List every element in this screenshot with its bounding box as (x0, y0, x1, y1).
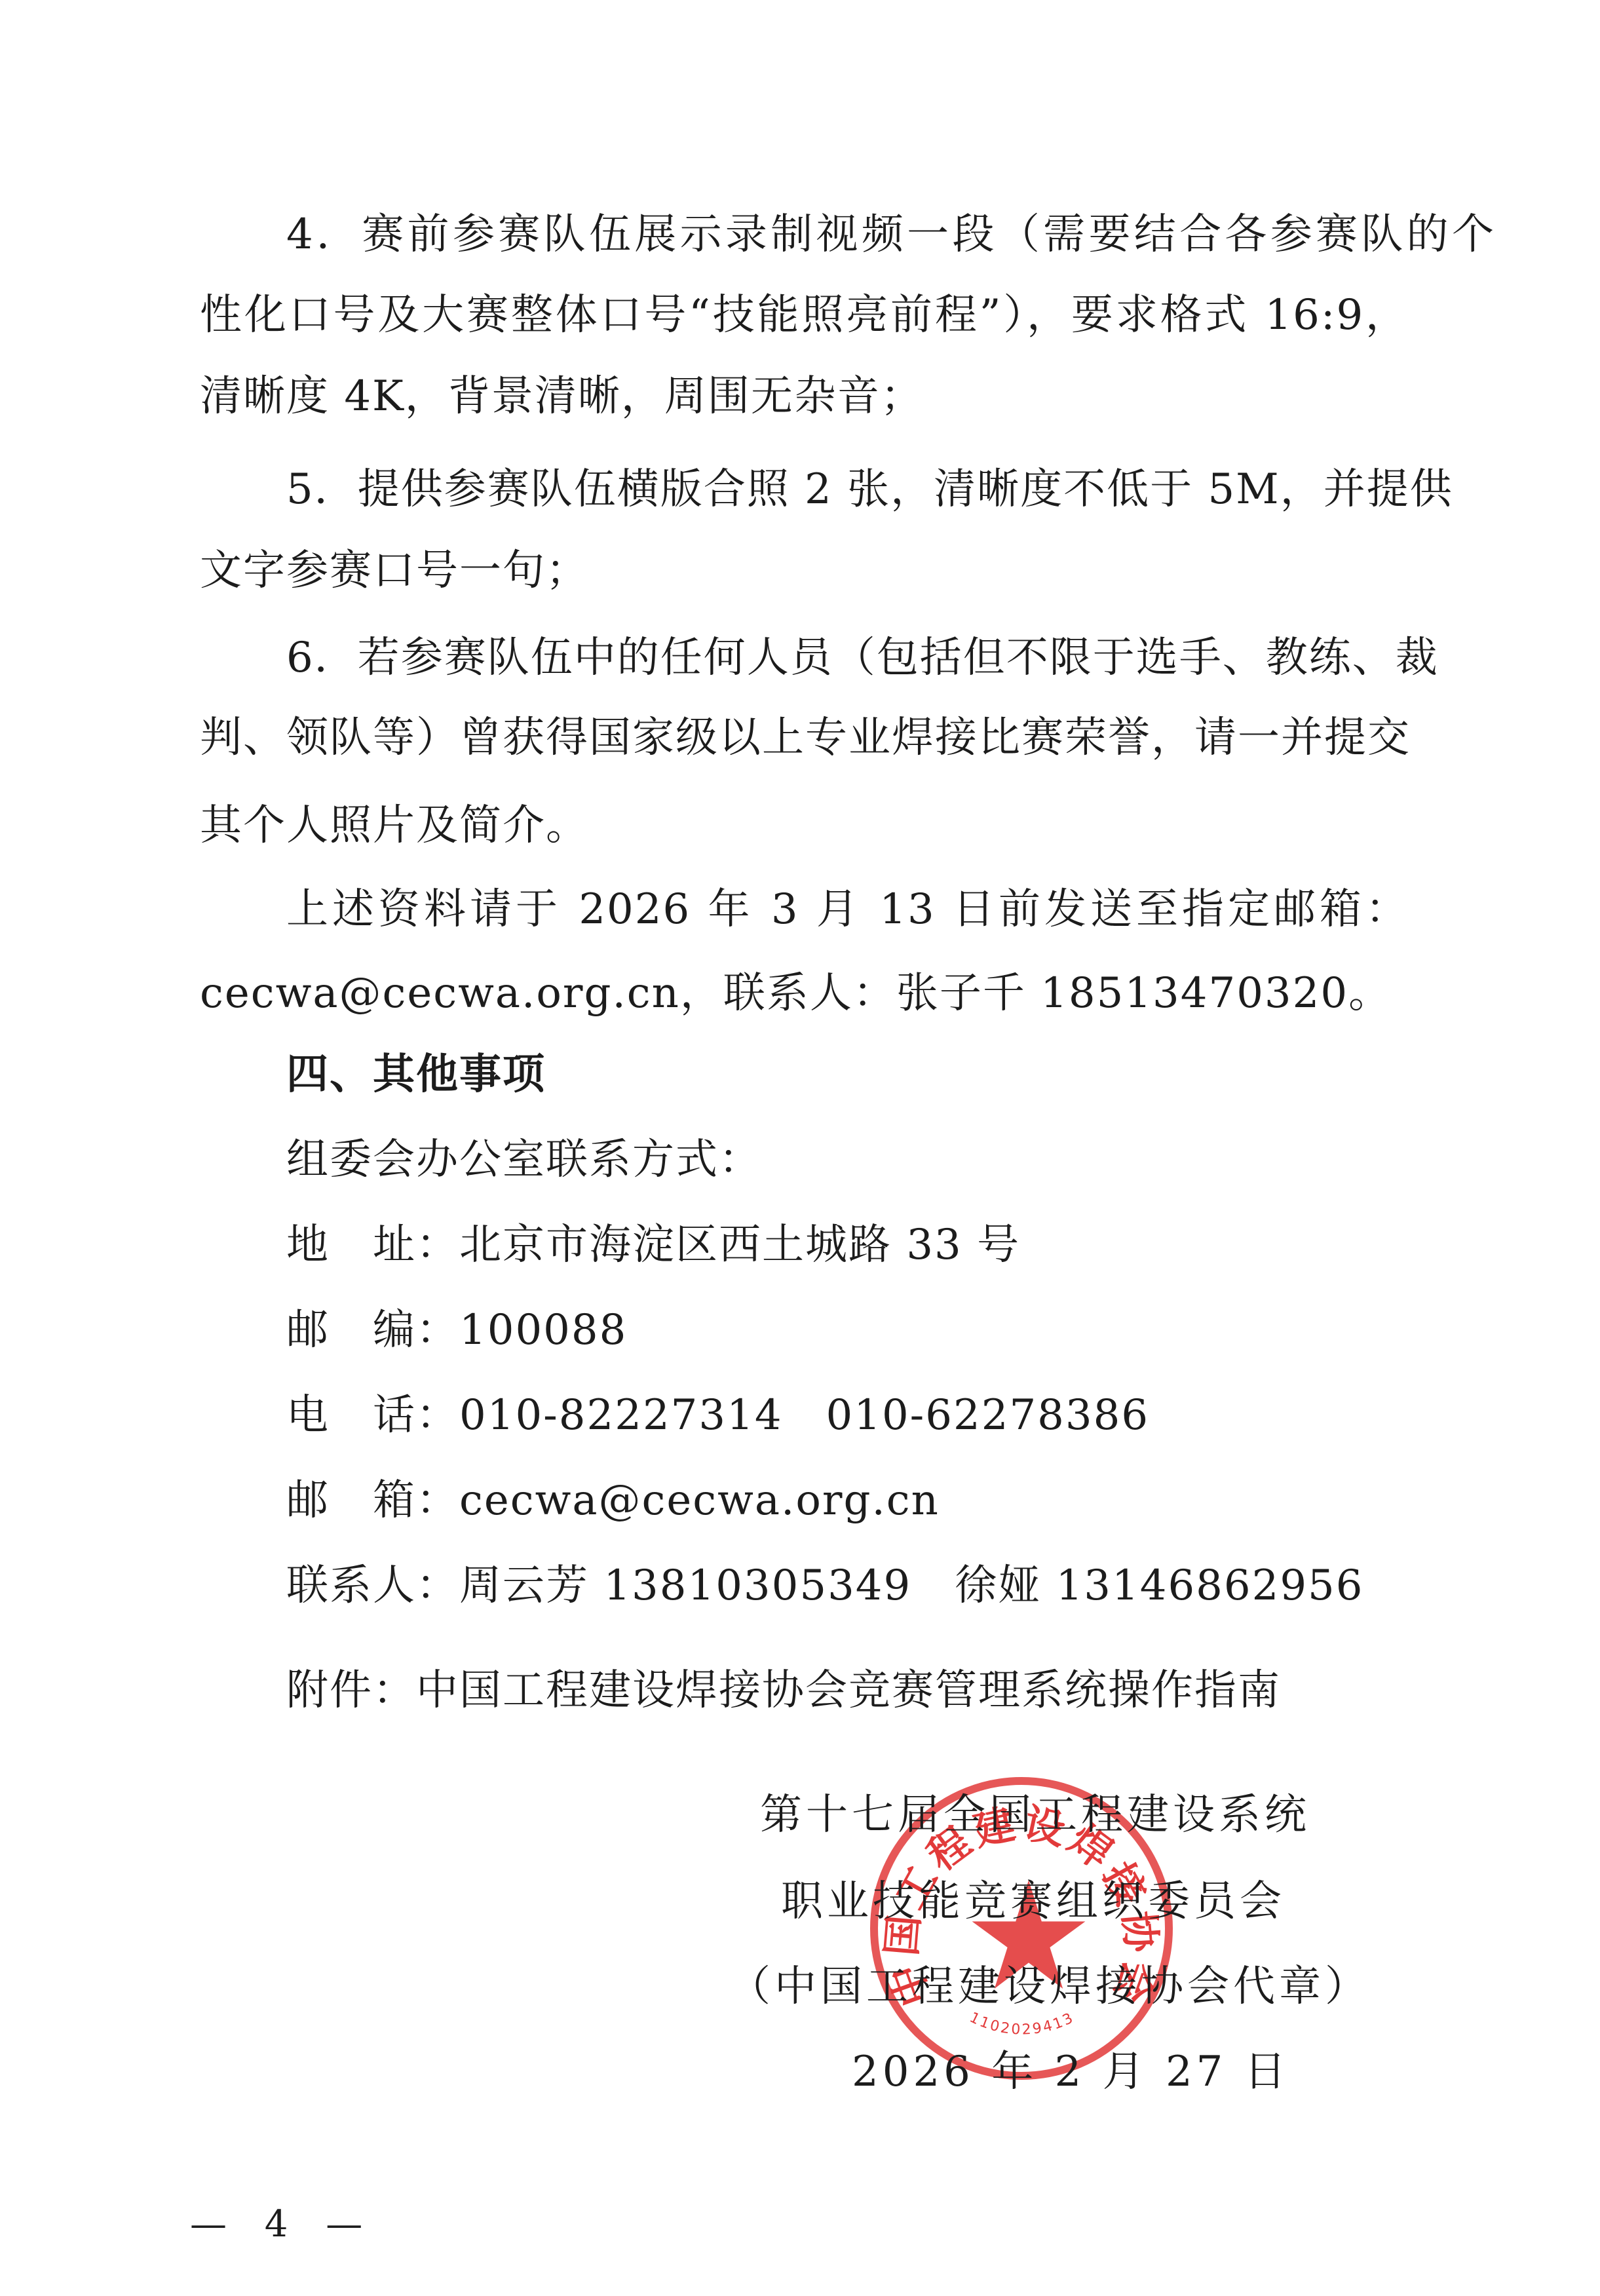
contact-label: 电 话： (286, 1391, 459, 1440)
svg-text:1102029413: 1102029413 (967, 2010, 1077, 2038)
submission-line-2: cecwa@cecwa.org.cn，联系人：张子千 18513470320。 (200, 967, 1392, 1020)
contact-label: 地 址： (286, 1221, 459, 1269)
item-5-line-1: 5．提供参赛队伍横版合照 2 张，清晰度不低于 5M，并提供 (286, 463, 1409, 516)
contact-label: 邮 箱： (286, 1476, 459, 1525)
signature-org-line-3: （中国工程建设焊接协会代章） (729, 1961, 1371, 2013)
contact-value: 周云芳 13810305349 徐娅 13146862956 (459, 1561, 1364, 1610)
section-4-heading: 四、其他事项 (286, 1048, 546, 1101)
contact-postcode: 邮 编：100088 (286, 1304, 627, 1356)
item-6-line-2: 判、领队等）曾获得国家级以上专业焊接比赛荣誉，请一并提交 (200, 712, 1409, 764)
contact-person: 联系人：周云芳 13810305349 徐娅 13146862956 (286, 1559, 1364, 1612)
signature-org-line-1: 第十七届全国工程建设系统 (760, 1789, 1310, 1841)
item-6-line-3: 其个人照片及简介。 (200, 799, 589, 852)
page-number: — 4 — (190, 2202, 375, 2248)
contact-label: 邮 编： (286, 1306, 459, 1354)
contact-email: 邮 箱：cecwa@cecwa.org.cn (286, 1474, 940, 1527)
contact-value: cecwa@cecwa.org.cn (459, 1476, 940, 1525)
submission-line-1: 上述资料请于 2026 年 3 月 13 日前发送至指定邮箱： (286, 883, 1409, 936)
item-4-line-3: 清晰度 4K，背景清晰，周围无杂音； (200, 370, 924, 423)
signature-org-line-2: 职业技能竞赛组织委员会 (781, 1875, 1286, 1928)
item-5-line-2: 文字参赛口号一句； (200, 545, 589, 597)
contact-value: 100088 (459, 1306, 627, 1354)
contact-phone: 电 话：010-82227314 010-62278386 (286, 1389, 1149, 1442)
contact-intro: 组委会办公室联系方式： (286, 1134, 762, 1186)
contact-value: 010-82227314 010-62278386 (459, 1391, 1149, 1440)
attachment-line: 附件：中国工程建设焊接协会竞赛管理系统操作指南 (286, 1664, 1281, 1717)
contact-value: 北京市海淀区西土城路 33 号 (459, 1221, 1020, 1269)
signature-date: 2026 年 2 月 27 日 (852, 2046, 1290, 2098)
contact-address: 地 址：北京市海淀区西土城路 33 号 (286, 1219, 1020, 1271)
item-6-line-1: 6．若参赛队伍中的任何人员（包括但不限于选手、教练、裁 (286, 632, 1409, 684)
item-4-line-1: 4．赛前参赛队伍展示录制视频一段（需要结合各参赛队的个 (286, 208, 1495, 261)
item-4-line-2: 性化口号及大赛整体口号“技能照亮前程”），要求格式 16:9， (200, 289, 1409, 341)
contact-label: 联系人： (286, 1561, 459, 1610)
